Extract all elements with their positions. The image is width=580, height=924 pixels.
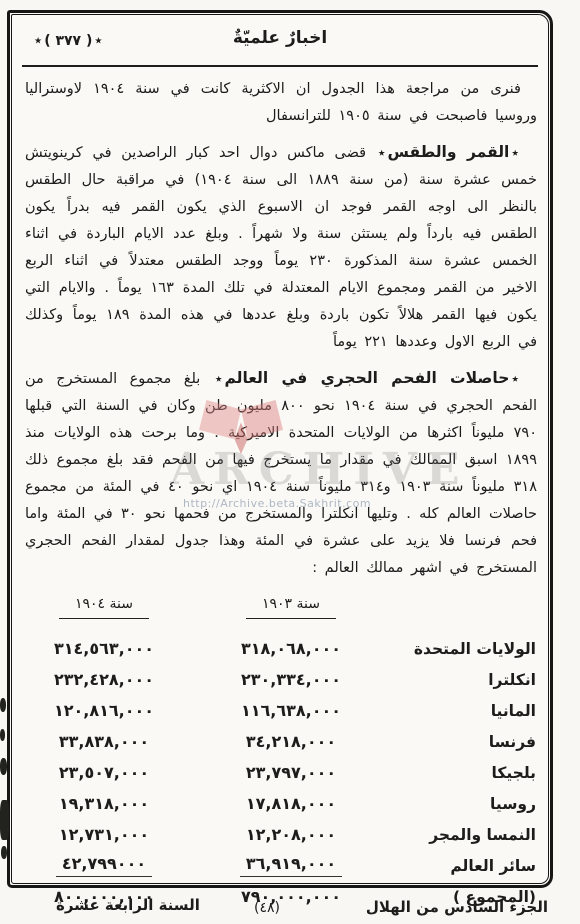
page-footer: الجزء السادس من الهلال (٤٨) السنة الرابع… bbox=[0, 888, 580, 924]
table-row: المانيا ١١٦,٦٣٨,٠٠٠ ١٢٠,٨١٦,٠٠٠ bbox=[26, 695, 538, 726]
page-content: ٭( ٣٧٧ )٭ اخبارٌ علميّةٌ فنرى من مراجعة … bbox=[20, 17, 540, 881]
page-frame-inner-line: ٭( ٣٧٧ )٭ اخبارٌ علميّةٌ فنرى من مراجعة … bbox=[11, 14, 549, 884]
table-header-1904: سنة ١٩٠٤ bbox=[16, 593, 192, 619]
section-body-moon-weather: قضى ماكس دوال احد كبار الراصدين في كرينو… bbox=[25, 145, 537, 350]
value-1904: ١٢٠,٨١٦,٠٠٠ bbox=[16, 701, 192, 720]
table-row: فرنسا ٣٤,٢١٨,٠٠٠ ٣٣,٨٣٨,٠٠٠ bbox=[26, 726, 538, 757]
value-1904: ٢٣٢,٤٢٨,٠٠٠ bbox=[16, 670, 192, 689]
country-label: انكلترا bbox=[390, 671, 538, 689]
section-title-coal-output: حاصلات الفحم الحجري في العالم bbox=[225, 369, 510, 387]
rosette-icon: ٭ bbox=[32, 31, 44, 49]
value-1904: ١٢,٧٣١,٠٠٠ bbox=[16, 825, 192, 844]
rosette-icon: ٭ bbox=[376, 145, 388, 161]
footer-volume-label: الجزء السادس من الهلال bbox=[366, 898, 548, 916]
country-label: الولايات المتحدة bbox=[390, 640, 538, 658]
section-body-coal-output: بلغ مجموع المستخرج من الفحم الحجري في سن… bbox=[25, 371, 537, 576]
scanned-page: ٭( ٣٧٧ )٭ اخبارٌ علميّةٌ فنرى من مراجعة … bbox=[0, 0, 580, 924]
page-frame: ٭( ٣٧٧ )٭ اخبارٌ علميّةٌ فنرى من مراجعة … bbox=[7, 10, 553, 888]
value-1904: ٣٣,٨٣٨,٠٠٠ bbox=[16, 732, 192, 751]
rosette-icon: ٭ bbox=[92, 31, 104, 49]
page-header: ٭( ٣٧٧ )٭ اخبارٌ علميّةٌ bbox=[22, 19, 538, 67]
paragraph-intro: فنرى من مراجعة هذا الجدول ان الاكثرية كا… bbox=[25, 76, 537, 130]
value-1904: ٢٣,٥٠٧,٠٠٠ bbox=[16, 763, 192, 782]
value-1903: ٣١٨,٠٦٨,٠٠٠ bbox=[192, 639, 390, 658]
country-label: المانيا bbox=[390, 702, 538, 720]
table-row: سائر العالم ٣٦,٩١٩,٠٠٠ ٤٢,٧٩٩٠٠٠ bbox=[26, 850, 538, 881]
country-label: بلجيكا bbox=[390, 764, 538, 782]
page-number-value: ٣٧٧ bbox=[55, 33, 81, 49]
value-1904: ٤٢,٧٩٩٠٠٠ bbox=[16, 854, 192, 877]
table-row: انكلترا ٢٣٠,٣٣٤,٠٠٠ ٢٣٢,٤٢٨,٠٠٠ bbox=[26, 664, 538, 695]
coal-table-header-row: سنة ١٩٠٣ سنة ١٩٠٤ bbox=[26, 590, 538, 633]
page-number: ٭( ٣٧٧ )٭ bbox=[32, 31, 105, 49]
footer-year-label: السنة الرابعة عشرة bbox=[56, 896, 200, 914]
value-1903: ١١٦,٦٣٨,٠٠٠ bbox=[192, 701, 390, 720]
country-label: فرنسا bbox=[390, 733, 538, 751]
country-label: سائر العالم bbox=[390, 857, 538, 875]
scan-smudge bbox=[0, 698, 6, 712]
scan-smudge bbox=[0, 729, 5, 741]
rosette-icon: ٭ bbox=[213, 371, 225, 387]
country-label: النمسا والمجر bbox=[390, 826, 538, 844]
table-row: الولايات المتحدة ٣١٨,٠٦٨,٠٠٠ ٣١٤,٥٦٣,٠٠٠ bbox=[26, 633, 538, 664]
scan-smudge bbox=[0, 800, 9, 840]
rosette-icon: ٭ bbox=[509, 145, 521, 161]
value-1904: ١٩,٣١٨,٠٠٠ bbox=[16, 794, 192, 813]
table-row: روسيا ١٧,٨١٨,٠٠٠ ١٩,٣١٨,٠٠٠ bbox=[26, 788, 538, 819]
table-row: النمسا والمجر ١٢,٢٠٨,٠٠٠ ١٢,٧٣١,٠٠٠ bbox=[26, 819, 538, 850]
scan-smudge bbox=[0, 758, 7, 775]
table-header-1903: سنة ١٩٠٣ bbox=[192, 593, 390, 619]
country-label: روسيا bbox=[390, 795, 538, 813]
value-1903: ٢٣٠,٣٣٤,٠٠٠ bbox=[192, 670, 390, 689]
section-title-moon-weather: القمر والطقس bbox=[388, 143, 510, 161]
value-1903: ٢٣,٧٩٧,٠٠٠ bbox=[192, 763, 390, 782]
scan-smudge bbox=[1, 846, 7, 859]
section-moon-weather: ٭القمر والطقس٭ قضى ماكس دوال احد كبار ال… bbox=[25, 139, 537, 356]
value-1903: ٣٤,٢١٨,٠٠٠ bbox=[192, 732, 390, 751]
section-coal-output: ٭حاصلات الفحم الحجري في العالم٭ بلغ مجمو… bbox=[25, 365, 537, 582]
table-row: بلجيكا ٢٣,٧٩٧,٠٠٠ ٢٣,٥٠٧,٠٠٠ bbox=[26, 757, 538, 788]
value-1904: ٣١٤,٥٦٣,٠٠٠ bbox=[16, 639, 192, 658]
page-number-bracket: ) bbox=[44, 33, 50, 49]
column-header-1903: سنة ١٩٠٣ bbox=[246, 596, 336, 619]
value-1903: ١٧,٨١٨,٠٠٠ bbox=[192, 794, 390, 813]
column-header-1904: سنة ١٩٠٤ bbox=[59, 596, 149, 619]
rosette-icon: ٭ bbox=[509, 371, 521, 387]
value-1903: ٣٦,٩١٩,٠٠٠ bbox=[192, 854, 390, 877]
coal-table: سنة ١٩٠٣ سنة ١٩٠٤ الولايات المتحدة ٣١٨,٠… bbox=[26, 590, 538, 912]
value-1903: ١٢,٢٠٨,٠٠٠ bbox=[192, 825, 390, 844]
footer-page-number: (٤٨) bbox=[254, 900, 280, 916]
